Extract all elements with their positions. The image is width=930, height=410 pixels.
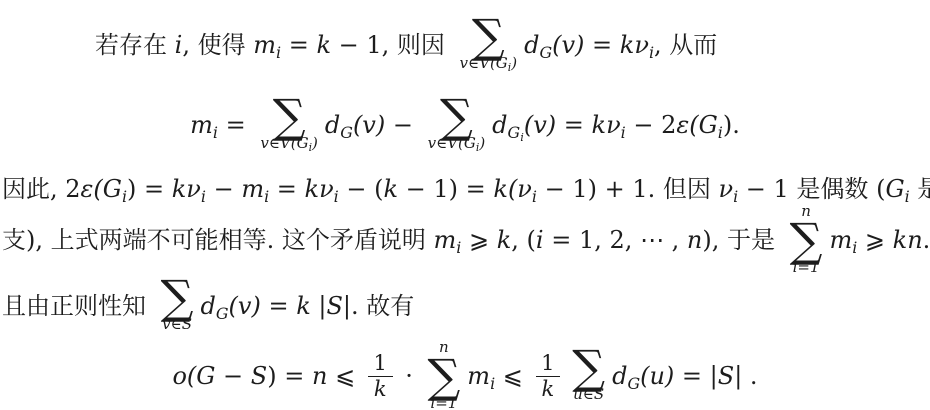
sum-symbol: ∑ bbox=[572, 349, 605, 387]
base: m bbox=[829, 226, 852, 254]
math-run: . bbox=[923, 225, 930, 255]
math-run: − bbox=[385, 110, 420, 140]
fraction-numerator: 1 bbox=[536, 353, 559, 376]
base: m bbox=[241, 175, 264, 203]
paragraph-line-3: 支), 上式两端不可能相等. 这个矛盾说明 mi ⩾ k, (i = 1, 2,… bbox=[2, 204, 930, 276]
math-var: kνi bbox=[592, 110, 626, 140]
sum-lower-limit: v∈V(Gi) bbox=[428, 135, 486, 152]
math-run: ). bbox=[723, 110, 740, 140]
math-var: ε(Gi bbox=[676, 110, 722, 140]
math-var: Gi bbox=[885, 174, 909, 204]
sum-symbol: ∑ bbox=[273, 98, 306, 136]
base: G bbox=[885, 175, 904, 203]
subscript: G bbox=[627, 374, 640, 393]
math-var: mi bbox=[241, 174, 269, 204]
sum-lower-limit: i=1 bbox=[430, 395, 457, 410]
math-run: n bbox=[312, 361, 327, 391]
paragraph-line-2: 因此, 2ε(Gi) = kνi − mi = kνi − (k − 1) = … bbox=[2, 170, 930, 208]
base: v∈V(G bbox=[260, 134, 308, 152]
sum-symbol: ∑ bbox=[790, 222, 823, 260]
math-var: mi bbox=[467, 361, 495, 391]
fraction-denominator: k bbox=[368, 376, 393, 400]
math-run: | bbox=[311, 291, 327, 321]
math-run: = bbox=[218, 110, 253, 140]
math-run: ( bbox=[876, 174, 885, 204]
math-run: S bbox=[718, 361, 734, 391]
math-run: = 1, 2, ⋯ , bbox=[544, 225, 687, 255]
text-run: , bbox=[182, 30, 197, 60]
subscript: G bbox=[216, 304, 229, 323]
summation: ∑v∈V(Gi) bbox=[428, 98, 486, 153]
text-run: 故有 bbox=[366, 291, 414, 321]
fraction-numerator: 1 bbox=[369, 353, 392, 376]
base: v∈V(G bbox=[460, 54, 508, 72]
summation: ∑v∈S bbox=[161, 279, 194, 334]
text-run: 于是 bbox=[727, 225, 783, 255]
math-var: mi bbox=[190, 110, 218, 140]
math-run: n bbox=[687, 225, 702, 255]
math-run: = | bbox=[674, 361, 717, 391]
paragraph-line-1: 若存在 i, 使得 mi = k − 1, 则因 ∑v∈V(Gi)dG(v) =… bbox=[95, 8, 717, 82]
base: ε(G bbox=[81, 175, 122, 203]
math-var: mi bbox=[434, 225, 462, 255]
base: ) bbox=[479, 134, 485, 152]
base: kν bbox=[172, 175, 201, 203]
math-var: ε(Gi bbox=[81, 174, 127, 204]
math-run: = bbox=[261, 291, 296, 321]
math-var: dG bbox=[325, 110, 353, 140]
math-run: k bbox=[497, 225, 512, 255]
base: d bbox=[524, 31, 539, 59]
math-run: − ( bbox=[339, 174, 384, 204]
math-run: , 2 bbox=[50, 174, 81, 204]
math-run: (v) bbox=[353, 110, 385, 140]
text-run: 但因 bbox=[663, 174, 719, 204]
sum-lower-limit: u∈S bbox=[573, 386, 604, 403]
base: d bbox=[612, 362, 627, 390]
math-run: ), bbox=[26, 225, 51, 255]
paragraph-line-4: 且由正则性知 ∑v∈SdG(v) = k |S|. 故有 bbox=[2, 274, 414, 338]
math-run: k bbox=[493, 174, 508, 204]
text-run: 支 bbox=[2, 225, 26, 255]
math-run: − 2 bbox=[626, 110, 677, 140]
math-run: ⩽ bbox=[495, 361, 530, 391]
math-var: νi bbox=[719, 174, 739, 204]
math-run: , ( bbox=[511, 225, 536, 255]
base: m bbox=[190, 111, 213, 139]
math-var: mi bbox=[253, 30, 281, 60]
math-run: k bbox=[383, 174, 398, 204]
sum-lower-limit: v∈V(Gi) bbox=[460, 55, 518, 72]
middle-dot: · bbox=[398, 361, 421, 391]
math-run: ), bbox=[702, 225, 727, 255]
math-run: S bbox=[326, 291, 342, 321]
math-run: ⩽ bbox=[327, 361, 362, 391]
math-var: mi bbox=[829, 225, 857, 255]
fraction-denominator: k bbox=[536, 376, 561, 400]
sum-symbol: ∑ bbox=[427, 358, 460, 396]
math-run: i bbox=[175, 30, 183, 60]
math-run: = bbox=[584, 30, 619, 60]
sum-symbol: ∑ bbox=[440, 98, 473, 136]
math-var: dG bbox=[524, 30, 552, 60]
summation: ∑v∈V(Gi) bbox=[260, 98, 318, 153]
base: (ν bbox=[508, 175, 532, 203]
math-var: (νi bbox=[508, 174, 537, 204]
text-run: 且由正则性知 bbox=[2, 291, 154, 321]
math-var: kνi bbox=[172, 174, 206, 204]
math-run: S bbox=[251, 361, 267, 391]
sum-symbol: ∑ bbox=[472, 18, 505, 56]
base: ε(G bbox=[676, 111, 717, 139]
fraction: 1k bbox=[536, 353, 561, 400]
base: d bbox=[325, 111, 340, 139]
math-run: k bbox=[316, 30, 331, 60]
math-run: − bbox=[206, 174, 241, 204]
base: m bbox=[467, 362, 490, 390]
math-var: kνi bbox=[305, 174, 339, 204]
text-run: 若存在 bbox=[95, 30, 175, 60]
base: kν bbox=[305, 175, 334, 203]
math-run: | . bbox=[734, 361, 757, 391]
summation: ∑u∈S bbox=[572, 349, 605, 404]
math-var: kνi bbox=[620, 30, 654, 60]
math-var: dG bbox=[612, 361, 640, 391]
sum-lower-limit: v∈S bbox=[162, 316, 192, 333]
subscript: Gi bbox=[508, 123, 524, 142]
math-run: |. bbox=[343, 291, 366, 321]
text-run: 因此 bbox=[2, 174, 50, 204]
base: m bbox=[253, 31, 276, 59]
math-run: i bbox=[536, 225, 544, 255]
math-run: ) = bbox=[127, 174, 172, 204]
sum-lower-limit: v∈V(Gi) bbox=[260, 135, 318, 152]
text-run: 上式两端不可能相等. 这个矛盾说明 bbox=[51, 225, 434, 255]
text-run: 从而 bbox=[669, 30, 717, 60]
subscript: G bbox=[340, 123, 353, 142]
math-run: − 1, bbox=[331, 30, 397, 60]
display-equation-2: o(G − S) = n ⩽ 1k · n∑i=1mi ⩽ 1k∑u∈SdG(u… bbox=[0, 342, 930, 410]
math-run: (v) bbox=[524, 110, 556, 140]
sum-lower-limit: i=1 bbox=[793, 259, 820, 276]
math-run: − 1) = bbox=[398, 174, 493, 204]
text-run: 是偶数 bbox=[796, 174, 876, 204]
base: d bbox=[200, 292, 215, 320]
math-run: (u) bbox=[640, 361, 674, 391]
math-run: − 1) + 1. bbox=[537, 174, 663, 204]
sum-symbol: ∑ bbox=[161, 279, 194, 317]
base: ) bbox=[511, 54, 517, 72]
math-run: = bbox=[269, 174, 304, 204]
base: kν bbox=[620, 31, 649, 59]
display-equation-1: mi = ∑v∈V(Gi)dG(v) − ∑v∈V(Gi)dGi(v) = kν… bbox=[0, 82, 930, 168]
math-run: − bbox=[215, 361, 250, 391]
math-run: = bbox=[281, 30, 316, 60]
math-run: = bbox=[556, 110, 591, 140]
math-run: o(G bbox=[172, 361, 215, 391]
base: d bbox=[492, 111, 507, 139]
summation: ∑v∈V(Gi) bbox=[460, 18, 518, 73]
base: kν bbox=[592, 111, 621, 139]
math-run: k bbox=[296, 291, 311, 321]
text-run: 是奇分 bbox=[910, 174, 930, 204]
math-run: ⩾ bbox=[461, 225, 496, 255]
base: G bbox=[508, 123, 521, 142]
text-run: 使得 bbox=[198, 30, 254, 60]
math-run: (v) bbox=[229, 291, 261, 321]
base: ν bbox=[719, 175, 734, 203]
base: ) bbox=[312, 134, 318, 152]
math-run: − 1 bbox=[738, 174, 796, 204]
math-var: dG bbox=[200, 291, 228, 321]
math-run: kn bbox=[893, 225, 923, 255]
math-run: (v) bbox=[552, 30, 584, 60]
text-run: 则因 bbox=[397, 30, 453, 60]
summation: n∑i=1 bbox=[790, 203, 823, 276]
math-run: ⩾ bbox=[857, 225, 892, 255]
summation: n∑i=1 bbox=[427, 339, 460, 410]
base: v∈V(G bbox=[428, 134, 476, 152]
math-var: dGi bbox=[492, 110, 524, 140]
math-run: , bbox=[654, 30, 669, 60]
fraction: 1k bbox=[368, 353, 393, 400]
subscript: G bbox=[539, 43, 552, 62]
base: m bbox=[434, 226, 457, 254]
math-run: ) = bbox=[267, 361, 312, 391]
